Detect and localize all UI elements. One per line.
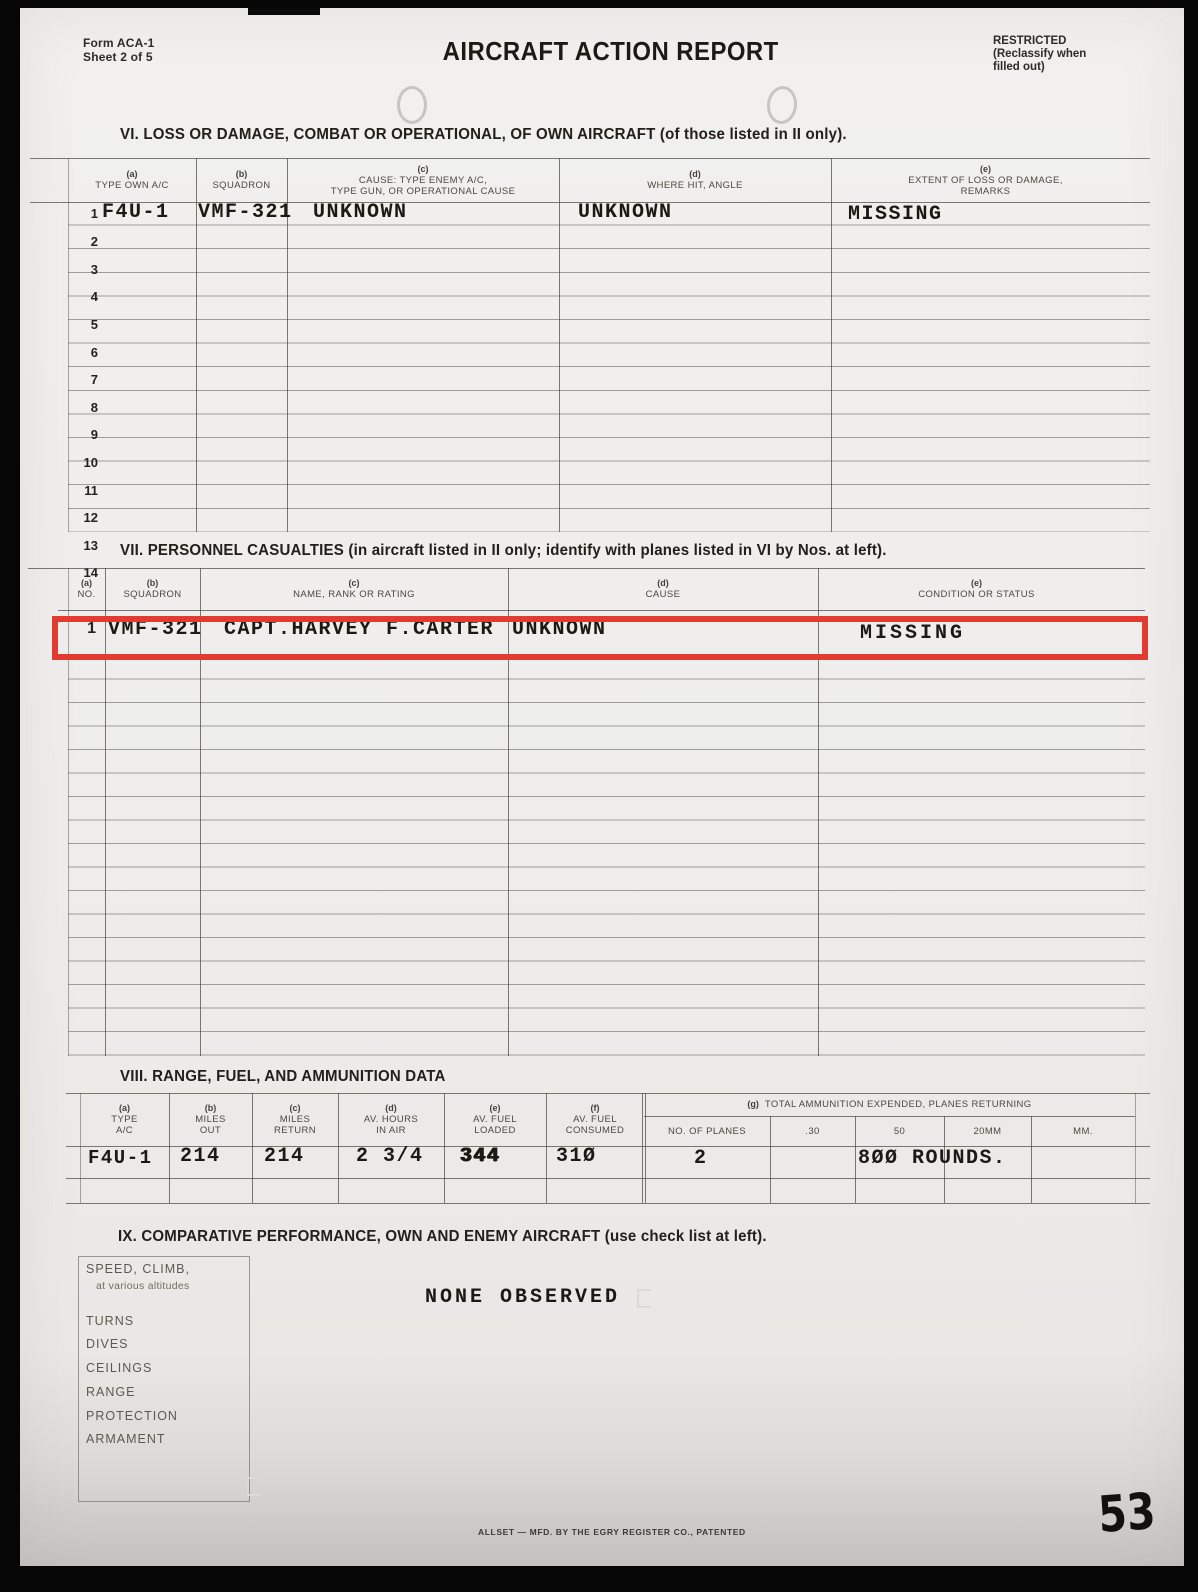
highlight-box: [52, 616, 1148, 660]
line: [66, 1203, 1150, 1204]
row-rules: [68, 656, 1145, 1056]
page-title: AIRCRAFT ACTION REPORT: [443, 36, 779, 67]
col-header-type-ac: (a) TYPE A/C: [80, 1093, 169, 1146]
checklist-item: DIVES: [86, 1337, 129, 1351]
vi-type-own-ac: F4U-1: [102, 201, 170, 224]
vi-where-hit: UNKNOWN: [578, 201, 673, 224]
viii-av-hours: 2 3/4: [356, 1145, 424, 1168]
classification-note-1: (Reclassify when: [993, 48, 1086, 61]
classification-block: RESTRICTED (Reclassify when filled out): [993, 35, 1086, 74]
line: [196, 158, 197, 532]
col-header-name-rank: (c) NAME, RANK OR RATING: [200, 568, 508, 610]
col-header-av-hours: (d) AV. HOURS IN AIR: [338, 1093, 444, 1146]
col-header-cause: (d) CAUSE: [508, 568, 818, 610]
col-header-no-of-planes: NO. OF PLANES: [644, 1116, 770, 1146]
vi-squadron: VMF-321: [198, 201, 293, 224]
scan-notch-artifact: [248, 8, 320, 15]
form-id: Form ACA-1: [83, 36, 155, 50]
line: [66, 1178, 1150, 1179]
col-header-squadron: (b) SQUADRON: [105, 568, 200, 610]
line: [559, 158, 560, 532]
col-header-mm: MM.: [1031, 1116, 1135, 1146]
line: [58, 610, 1145, 611]
section-vi-header-row: (a) TYPE OWN A/C (b) SQUADRON (c) CAUSE:…: [68, 158, 1140, 202]
col-header-cal50: 50: [855, 1116, 944, 1146]
row-rules: [68, 202, 1150, 532]
section-vi-title: VI. LOSS OR DAMAGE, COMBAT OR OPERATIONA…: [120, 126, 847, 144]
hole-punch-icon: [397, 86, 427, 124]
viii-miles-out: 214: [180, 1145, 221, 1168]
section-vi-row-numbers: 2 3 4 5 6 7 8 9 10 11 12 13 14: [68, 226, 98, 585]
viii-miles-return: 214: [264, 1145, 305, 1168]
form-id-block: Form ACA-1 Sheet 2 of 5: [83, 36, 155, 64]
sheet-number: Sheet 2 of 5: [83, 50, 155, 64]
viii-fuel-loaded: 344: [460, 1145, 501, 1168]
row-number: 1: [68, 206, 98, 221]
col-header-miles-return: (c) MILES RETURN: [252, 1093, 338, 1146]
checklist-item: RANGE: [86, 1385, 135, 1399]
col-header-condition-status: (e) CONDITION OR STATUS: [818, 568, 1135, 610]
viii-fuel-consumed: 31Ø: [556, 1145, 597, 1168]
col-header-20mm: 20MM: [944, 1116, 1031, 1146]
col-header-cal30: .30: [770, 1116, 855, 1146]
col-group-ammunition: (g) TOTAL AMMUNITION EXPENDED, PLANES RE…: [644, 1093, 1135, 1146]
ix-entry-none-observed: NONE OBSERVED: [425, 1286, 620, 1309]
checklist-item: ARMAMENT: [86, 1432, 166, 1446]
checklist-item: TURNS: [86, 1314, 134, 1328]
page-number: 53: [1096, 1482, 1157, 1544]
scan-artifact: [637, 1289, 651, 1308]
col-header-cause: (c) CAUSE: TYPE ENEMY A/C, TYPE GUN, OR …: [287, 158, 559, 202]
ammunition-group-header: (g) TOTAL AMMUNITION EXPENDED, PLANES RE…: [644, 1093, 1135, 1116]
col-header-miles-out: (b) MILES OUT: [169, 1093, 252, 1146]
section-vii-title: VII. PERSONNEL CASUALTIES (in aircraft l…: [120, 542, 887, 560]
col-header-squadron: (b) SQUADRON: [196, 158, 287, 202]
line: [831, 158, 832, 532]
printer-imprint: ALLSET — MFD. BY THE EGRY REGISTER CO., …: [478, 1527, 746, 1537]
ammunition-sub-headers: NO. OF PLANES .30 50 20MM MM.: [644, 1116, 1135, 1146]
viii-rounds-expended: 8ØØ ROUNDS.: [858, 1147, 1007, 1170]
viii-no-of-planes: 2: [694, 1147, 708, 1170]
viii-type-ac: F4U-1: [88, 1147, 153, 1169]
section-viii-header-row: (a) TYPE A/C (b) MILES OUT (c) MILES RET…: [80, 1093, 1135, 1146]
checklist-item: CEILINGS: [86, 1361, 152, 1375]
scan-artifact: [247, 1477, 261, 1496]
vi-cause: UNKNOWN: [313, 201, 408, 224]
section-ix-title: IX. COMPARATIVE PERFORMANCE, OWN AND ENE…: [118, 1228, 767, 1246]
section-vii-header-row: (a) NO. (b) SQUADRON (c) NAME, RANK OR R…: [68, 568, 1135, 610]
checklist-item: PROTECTION: [86, 1409, 178, 1423]
col-header-extent-of-loss: (e) EXTENT OF LOSS OR DAMAGE, REMARKS: [831, 158, 1140, 202]
checklist-box: [78, 1256, 250, 1502]
section-viii-title: VIII. RANGE, FUEL, AND AMMUNITION DATA: [120, 1068, 446, 1086]
classification-note-2: filled out): [993, 61, 1086, 74]
col-header-fuel-loaded: (e) AV. FUEL LOADED: [444, 1093, 546, 1146]
checklist-item: SPEED, CLIMB,: [86, 1262, 190, 1276]
col-header-fuel-consumed: (f) AV. FUEL CONSUMED: [546, 1093, 644, 1146]
col-header-where-hit: (d) WHERE HIT, ANGLE: [559, 158, 831, 202]
col-header-no: (a) NO.: [68, 568, 105, 610]
checklist-item: at various altitudes: [96, 1280, 190, 1292]
col-header-type-own-ac: (a) TYPE OWN A/C: [68, 158, 196, 202]
vi-extent-of-loss: MISSING: [848, 203, 943, 226]
classification: RESTRICTED: [993, 35, 1086, 48]
line: [1135, 1093, 1136, 1203]
scanned-document-page: Form ACA-1 Sheet 2 of 5 AIRCRAFT ACTION …: [0, 0, 1198, 1592]
